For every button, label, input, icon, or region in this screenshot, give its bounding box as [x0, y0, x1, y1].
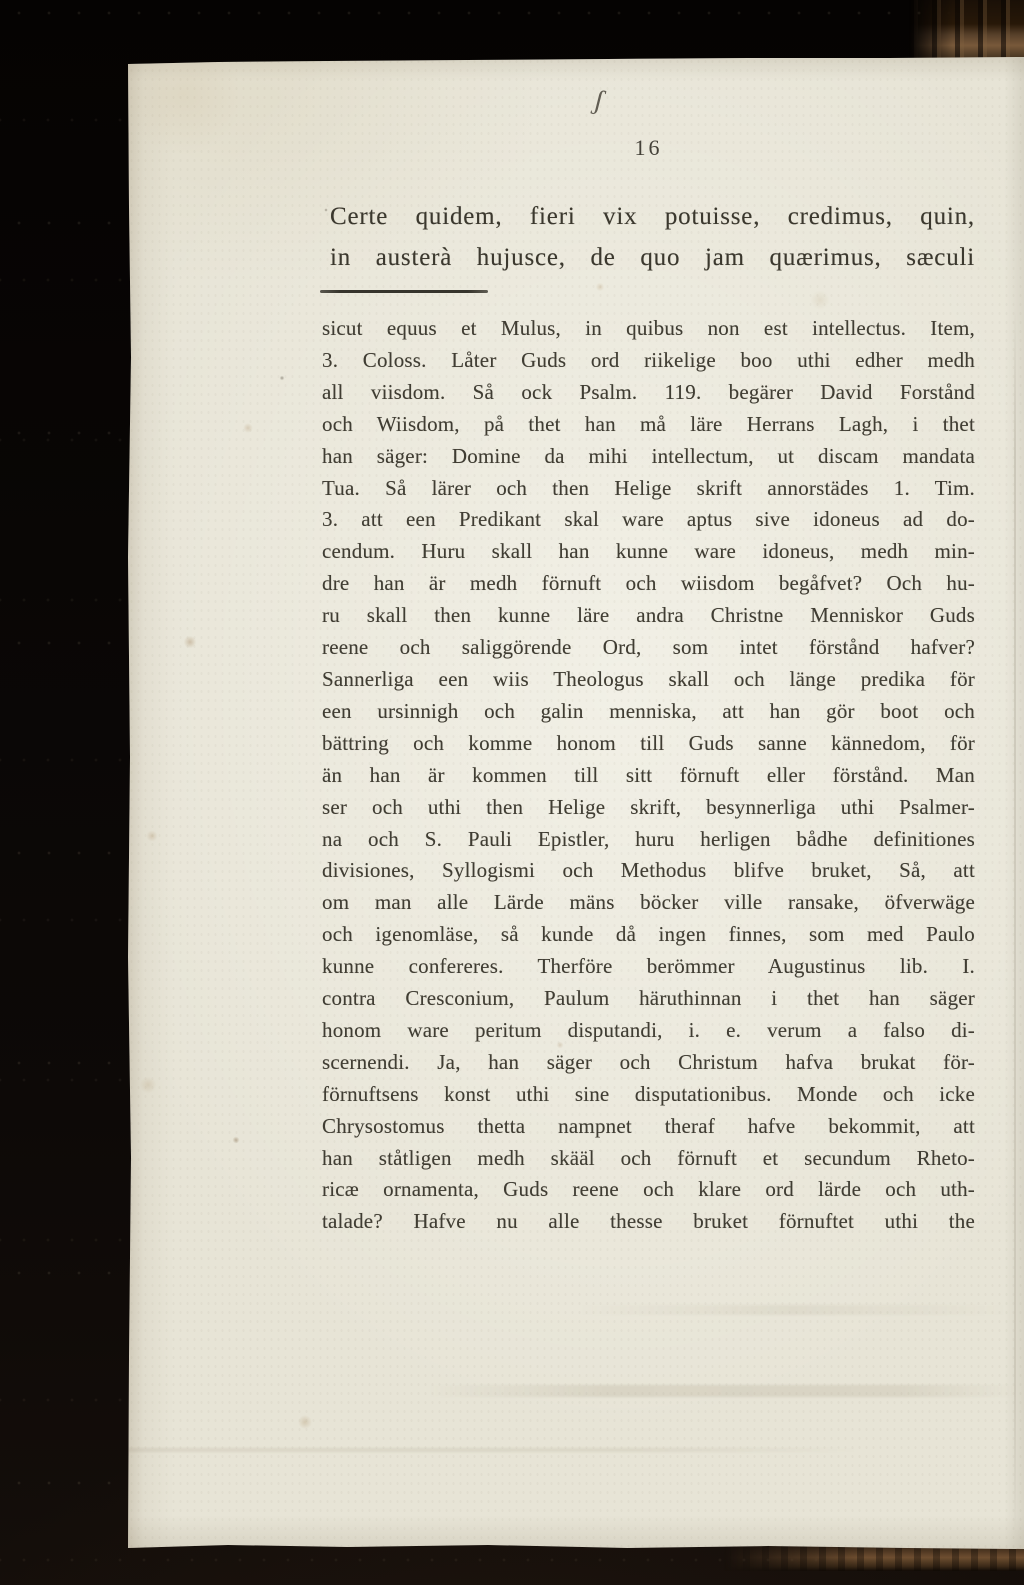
quote-line: Certe quidem, fieri vix potuisse, credim… [330, 196, 975, 237]
page-number: 16 [322, 135, 975, 161]
text-line: divisiones, Syllogismi och Methodus blif… [322, 855, 975, 887]
text-line: bättring och komme honom till Guds sanne… [322, 728, 975, 760]
text-line: een ursinnigh och galin menniska, att ha… [322, 696, 975, 728]
scan-background: ʃ 16 Certe quidem, fieri vix potuisse, c… [0, 0, 1024, 1585]
text-line: han säger: Domine da mihi intellectum, u… [322, 441, 975, 473]
ink-mark: ʃ [590, 84, 607, 117]
text-line: Sannerliga een wiis Theologus skall och … [322, 664, 975, 696]
text-line: reene och saliggörende Ord, som intet fö… [322, 632, 975, 664]
text-line: 3. att een Predikant skal ware aptus siv… [322, 504, 975, 536]
text-line: han ståtligen medh skääl och förnuft et … [322, 1143, 975, 1175]
text-line: förnuftsens konst uthi sine disputationi… [322, 1079, 975, 1111]
text-line: cendum. Huru skall han kunne ware idoneu… [322, 536, 975, 568]
text-line: talade? Hafve nu alle thesse bruket förn… [322, 1206, 975, 1238]
text-line: och Wiisdom, på thet han må läre Herrans… [322, 409, 975, 441]
quote-line: in austerà hujusce, de quo jam quærimus,… [330, 237, 975, 278]
latin-quote: Certe quidem, fieri vix potuisse, credim… [330, 196, 975, 278]
text-line: ru skall then kunne läre andra Christne … [322, 600, 975, 632]
book-binding-edge [909, 0, 1024, 63]
text-line: na och S. Pauli Epistler, huru herligen … [322, 824, 975, 856]
text-line: all viisdom. Så ock Psalm. 119. begärer … [322, 377, 975, 409]
section-divider-rule [320, 290, 488, 293]
text-line: 3. Coloss. Låter Guds ord riikelige boo … [322, 345, 975, 377]
text-line: ricæ ornamenta, Guds reene och klare ord… [322, 1174, 975, 1206]
book-page: ʃ 16 Certe quidem, fieri vix potuisse, c… [128, 57, 1024, 1549]
text-line: kunne confereres. Therföre berömmer Augu… [322, 951, 975, 983]
text-line: sicut equus et Mulus, in quibus non est … [322, 313, 975, 345]
text-line: än han är kommen till sitt förnuft eller… [322, 760, 975, 792]
text-line: scernendi. Ja, han säger och Christum ha… [322, 1047, 975, 1079]
text-line: och igenomläse, så kunde då ingen finnes… [322, 919, 975, 951]
text-line: Tua. Så lärer och then Helige skrift ann… [322, 473, 975, 505]
text-line: dre han är medh förnuft och wiisdom begå… [322, 568, 975, 600]
text-line: honom ware peritum disputandi, i. e. ver… [322, 1015, 975, 1047]
body-text: sicut equus et Mulus, in quibus non est … [322, 313, 975, 1238]
text-line: ser och uthi then Helige skrift, besynne… [322, 792, 975, 824]
text-line: om man alle Lärde mäns böcker ville rans… [322, 887, 975, 919]
text-line: contra Cresconium, Paulum häruthinnan i … [322, 983, 975, 1015]
text-line: Chrysostomus thetta nampnet theraf hafve… [322, 1111, 975, 1143]
